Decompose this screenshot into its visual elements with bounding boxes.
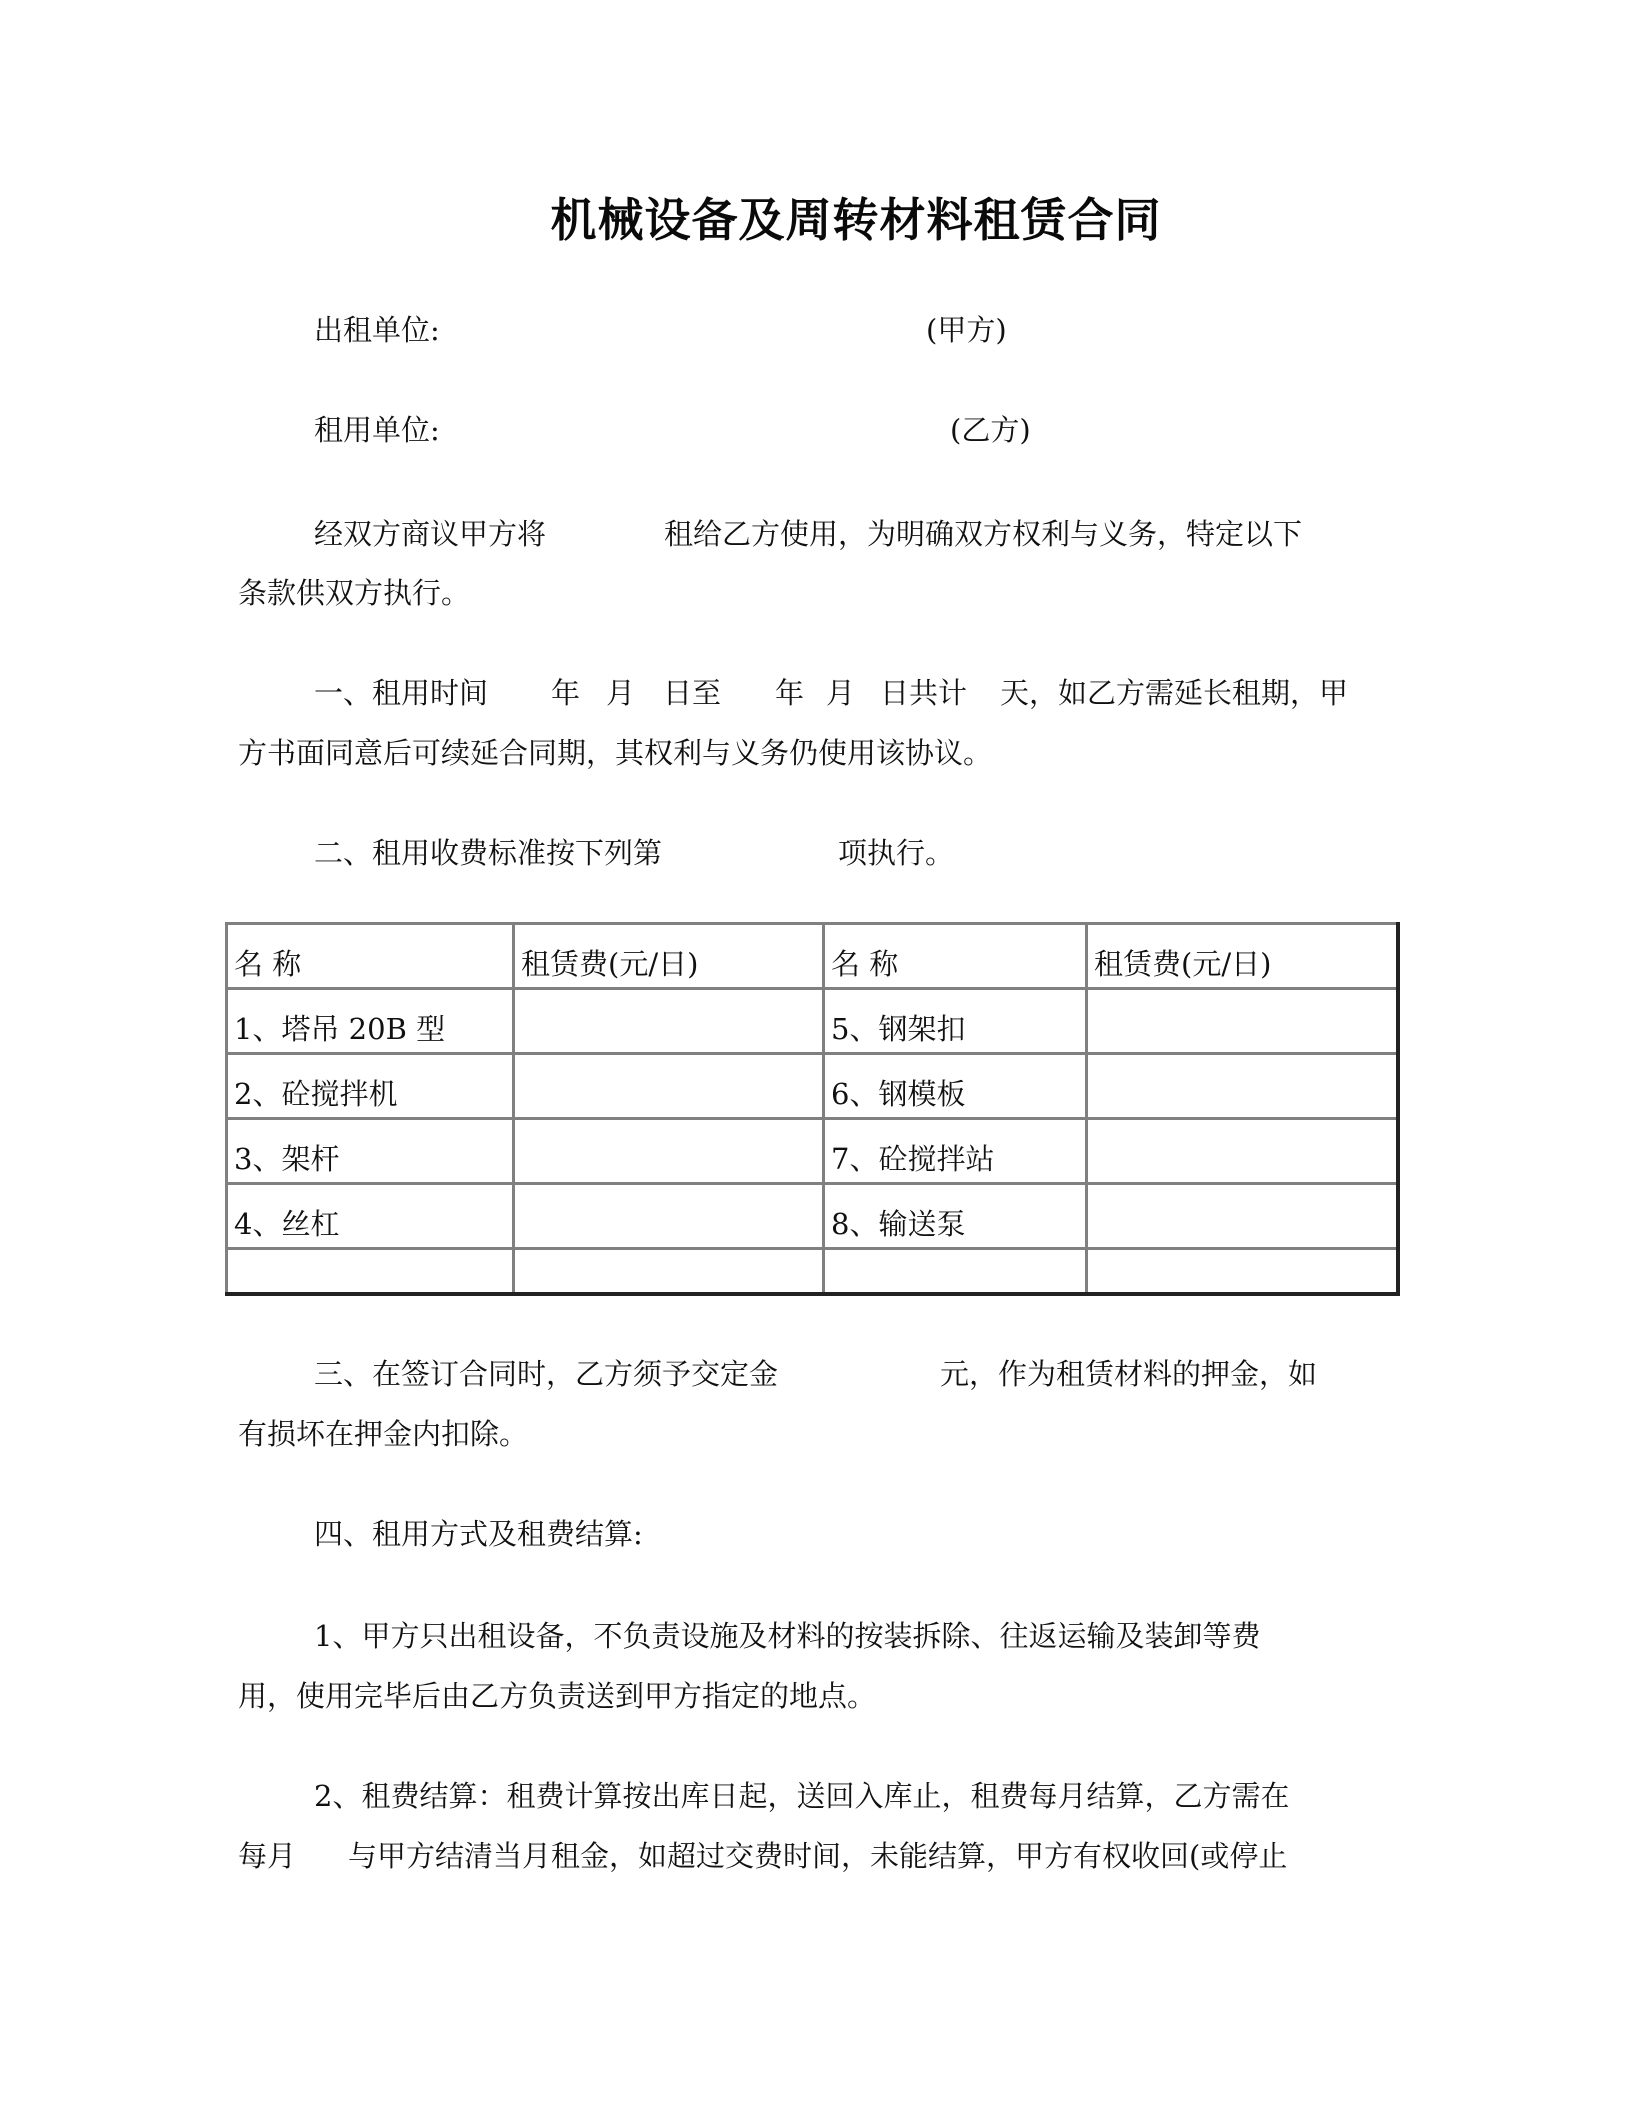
item-name-cell: 3、架杆	[227, 1119, 514, 1184]
header-fee-1: 租赁费(元/日)	[514, 924, 824, 989]
clause1-part-2: 月	[606, 673, 635, 713]
item-fee-cell[interactable]	[514, 1054, 824, 1119]
document-title: 机械设备及周转材料租赁合同	[0, 190, 1632, 250]
clause1-part-5: 月	[826, 673, 855, 713]
clause3-line-1a: 三、在签订合同时，乙方须予交定金	[314, 1354, 778, 1394]
clause4-item1-line-2: 用，使用完毕后由乙方负责送到甲方指定的地点。	[238, 1676, 876, 1716]
item-fee-cell[interactable]	[514, 1184, 824, 1249]
item-fee-cell[interactable]	[1087, 1184, 1398, 1249]
clause4-item2-line-2b: 与甲方结清当月租金，如超过交费时间，未能结算，甲方有权收回(或停止	[348, 1836, 1287, 1876]
table-row: 2、砼搅拌机 6、钢模板	[227, 1054, 1398, 1119]
lessee-label: 租用单位:	[314, 410, 440, 450]
clause2-text-b: 项执行。	[838, 833, 954, 873]
item-fee-cell[interactable]	[1087, 1119, 1398, 1184]
item-fee-cell[interactable]	[1087, 1054, 1398, 1119]
clause1-part-4: 年	[775, 673, 804, 713]
lessee-suffix: (乙方)	[950, 410, 1031, 450]
header-name-1: 名 称	[227, 924, 514, 989]
document-page: 机械设备及周转材料租赁合同 出租单位: (甲方) 租用单位: (乙方) 经双方商…	[0, 0, 1632, 2112]
clause3-line-2: 有损坏在押金内扣除。	[238, 1414, 528, 1454]
clause4-item2-line-2a: 每月	[238, 1836, 296, 1876]
clause4-heading: 四、租用方式及租费结算:	[314, 1514, 643, 1554]
lessor-label: 出租单位:	[314, 310, 440, 350]
header-fee-2: 租赁费(元/日)	[1087, 924, 1398, 989]
item-name-cell: 1、塔吊 20B 型	[227, 989, 514, 1054]
item-name-cell: 5、钢架扣	[824, 989, 1087, 1054]
item-fee-cell[interactable]	[1087, 989, 1398, 1054]
table-row: 4、丝杠 8、输送泵	[227, 1184, 1398, 1249]
table-row: 1、塔吊 20B 型 5、钢架扣	[227, 989, 1398, 1054]
rate-table: 名 称 租赁费(元/日) 名 称 租赁费(元/日) 1、塔吊 20B 型 5、钢…	[225, 922, 1400, 1296]
item-name-cell: 4、丝杠	[227, 1184, 514, 1249]
blank-cell[interactable]	[227, 1249, 514, 1295]
clause2-text-a: 二、租用收费标准按下列第	[314, 833, 662, 873]
clause1-part-0: 一、租用时间	[314, 673, 488, 713]
blank-cell[interactable]	[1087, 1249, 1398, 1295]
clause1-part-1: 年	[551, 673, 580, 713]
header-name-2: 名 称	[824, 924, 1087, 989]
clause1-part-3: 日至	[663, 673, 721, 713]
table-row-blank	[227, 1249, 1398, 1295]
clause1-part-7: 天，如乙方需延长租期，甲	[1000, 673, 1348, 713]
item-name-cell: 2、砼搅拌机	[227, 1054, 514, 1119]
clause4-item2-line-1: 2、租费结算：租费计算按出库日起，送回入库止，租费每月结算，乙方需在	[314, 1776, 1289, 1816]
item-name-cell: 8、输送泵	[824, 1184, 1087, 1249]
clause1-part-6: 日共计	[880, 673, 967, 713]
item-name-cell: 6、钢模板	[824, 1054, 1087, 1119]
table-header-row: 名 称 租赁费(元/日) 名 称 租赁费(元/日)	[227, 924, 1398, 989]
item-fee-cell[interactable]	[514, 1119, 824, 1184]
blank-cell[interactable]	[514, 1249, 824, 1295]
table-row: 3、架杆 7、砼搅拌站	[227, 1119, 1398, 1184]
intro-line-1b: 租给乙方使用，为明确双方权利与义务，特定以下	[664, 514, 1302, 554]
intro-line-2: 条款供双方执行。	[238, 573, 470, 613]
lessor-suffix: (甲方)	[926, 310, 1007, 350]
clause3-line-1b: 元，作为租赁材料的押金，如	[940, 1354, 1317, 1394]
clause4-item1-line-1: 1、甲方只出租设备，不负责设施及材料的按装拆除、往返运输及装卸等费	[314, 1616, 1260, 1656]
intro-line-1a: 经双方商议甲方将	[314, 514, 546, 554]
blank-cell[interactable]	[824, 1249, 1087, 1295]
item-fee-cell[interactable]	[514, 989, 824, 1054]
item-name-cell: 7、砼搅拌站	[824, 1119, 1087, 1184]
clause1-line-2: 方书面同意后可续延合同期，其权利与义务仍使用该协议。	[238, 733, 992, 773]
